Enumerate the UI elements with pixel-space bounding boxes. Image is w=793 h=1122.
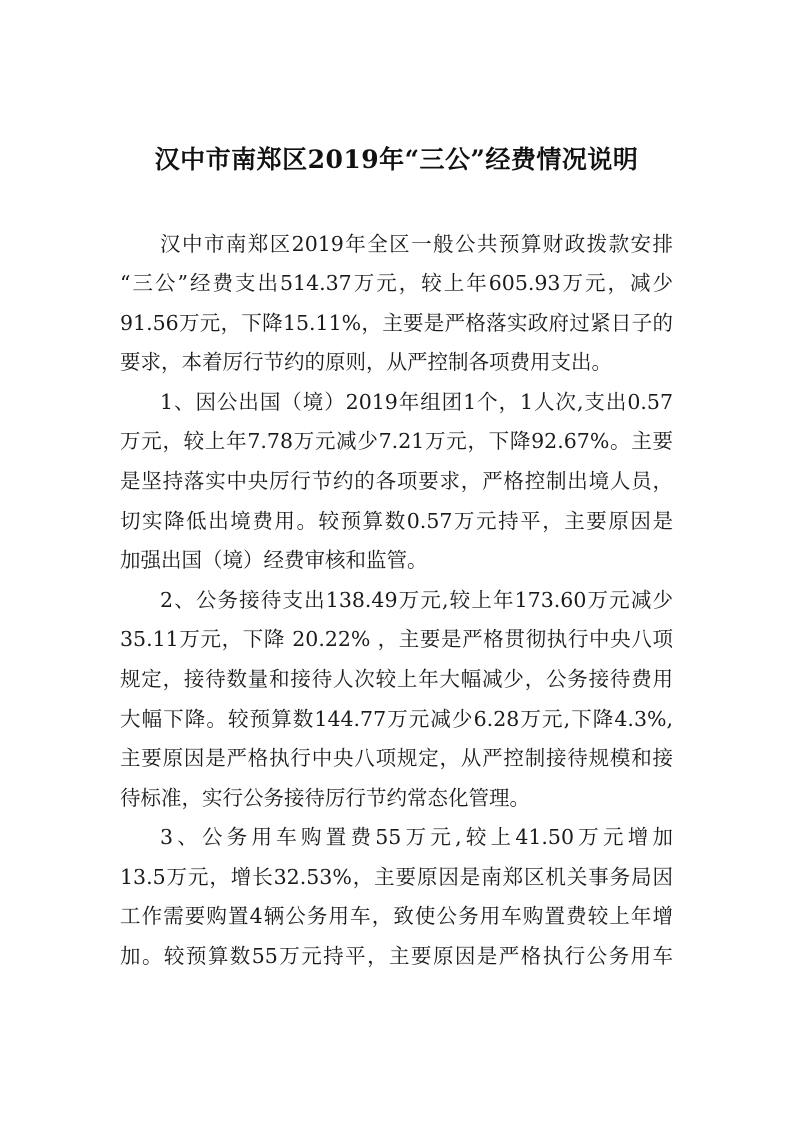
paragraph-line: 91.56万元，下降15.11%，主要是严格落实政府过紧日子的 xyxy=(120,303,673,343)
paragraph-line: 13.5万元，增长32.53%，主要原因是南郑区机关事务局因 xyxy=(120,857,673,897)
paragraph-line: 万元，较上年7.78万元减少7.21万元，下降92.67%。主要 xyxy=(120,421,673,461)
paragraph-line: “三公”经费支出514.37万元，较上年605.93万元，减少 xyxy=(120,263,673,303)
paragraph-line: 是坚持落实中央厉行节约的各项要求，严格控制出境人员， xyxy=(120,461,673,501)
paragraph-line: 主要原因是严格执行中央八项规定，从严控制接待规模和接 xyxy=(120,738,673,778)
paragraph-line: 35.11万元，下降 20.22% ，主要是严格贯彻执行中央八项 xyxy=(120,619,673,659)
paragraph-line: 工作需要购置4辆公务用车，致使公务用车购置费较上年增 xyxy=(120,896,673,936)
paragraph-line: 加强出国（境）经费审核和监管。 xyxy=(120,540,673,580)
paragraph-line: 2、公务接待支出138.49万元,较上年173.60万元减少 xyxy=(160,580,673,620)
paragraph-line: 待标准，实行公务接待厉行节约常态化管理。 xyxy=(120,778,673,818)
paragraph-line: 加。较预算数55万元持平，主要原因是严格执行公务用车 xyxy=(120,936,673,976)
document-page: 汉中市南郑区2019年“三公”经费情况说明 汉中市南郑区2019年全区一般公共预… xyxy=(0,0,793,1122)
paragraph-line: 1、因公出国（境）2019年组团1个，1人次,支出0.57 xyxy=(160,382,673,422)
paragraph-line: 大幅下降。较预算数144.77万元减少6.28万元,下降4.3%, xyxy=(120,699,673,739)
paragraph-line: 规定，接待数量和接待人次较上年大幅减少，公务接待费用 xyxy=(120,659,673,699)
paragraph-line: 切实降低出境费用。较预算数0.57万元持平，主要原因是 xyxy=(120,501,673,541)
document-title: 汉中市南郑区2019年“三公”经费情况说明 xyxy=(0,140,793,180)
paragraph-line: 3、公务用车购置费55万元,较上41.50万元增加 xyxy=(160,817,673,857)
paragraph-line: 汉中市南郑区2019年全区一般公共预算财政拨款安排 xyxy=(160,224,673,264)
paragraph-line: 要求，本着厉行节约的原则，从严控制各项费用支出。 xyxy=(120,342,673,382)
